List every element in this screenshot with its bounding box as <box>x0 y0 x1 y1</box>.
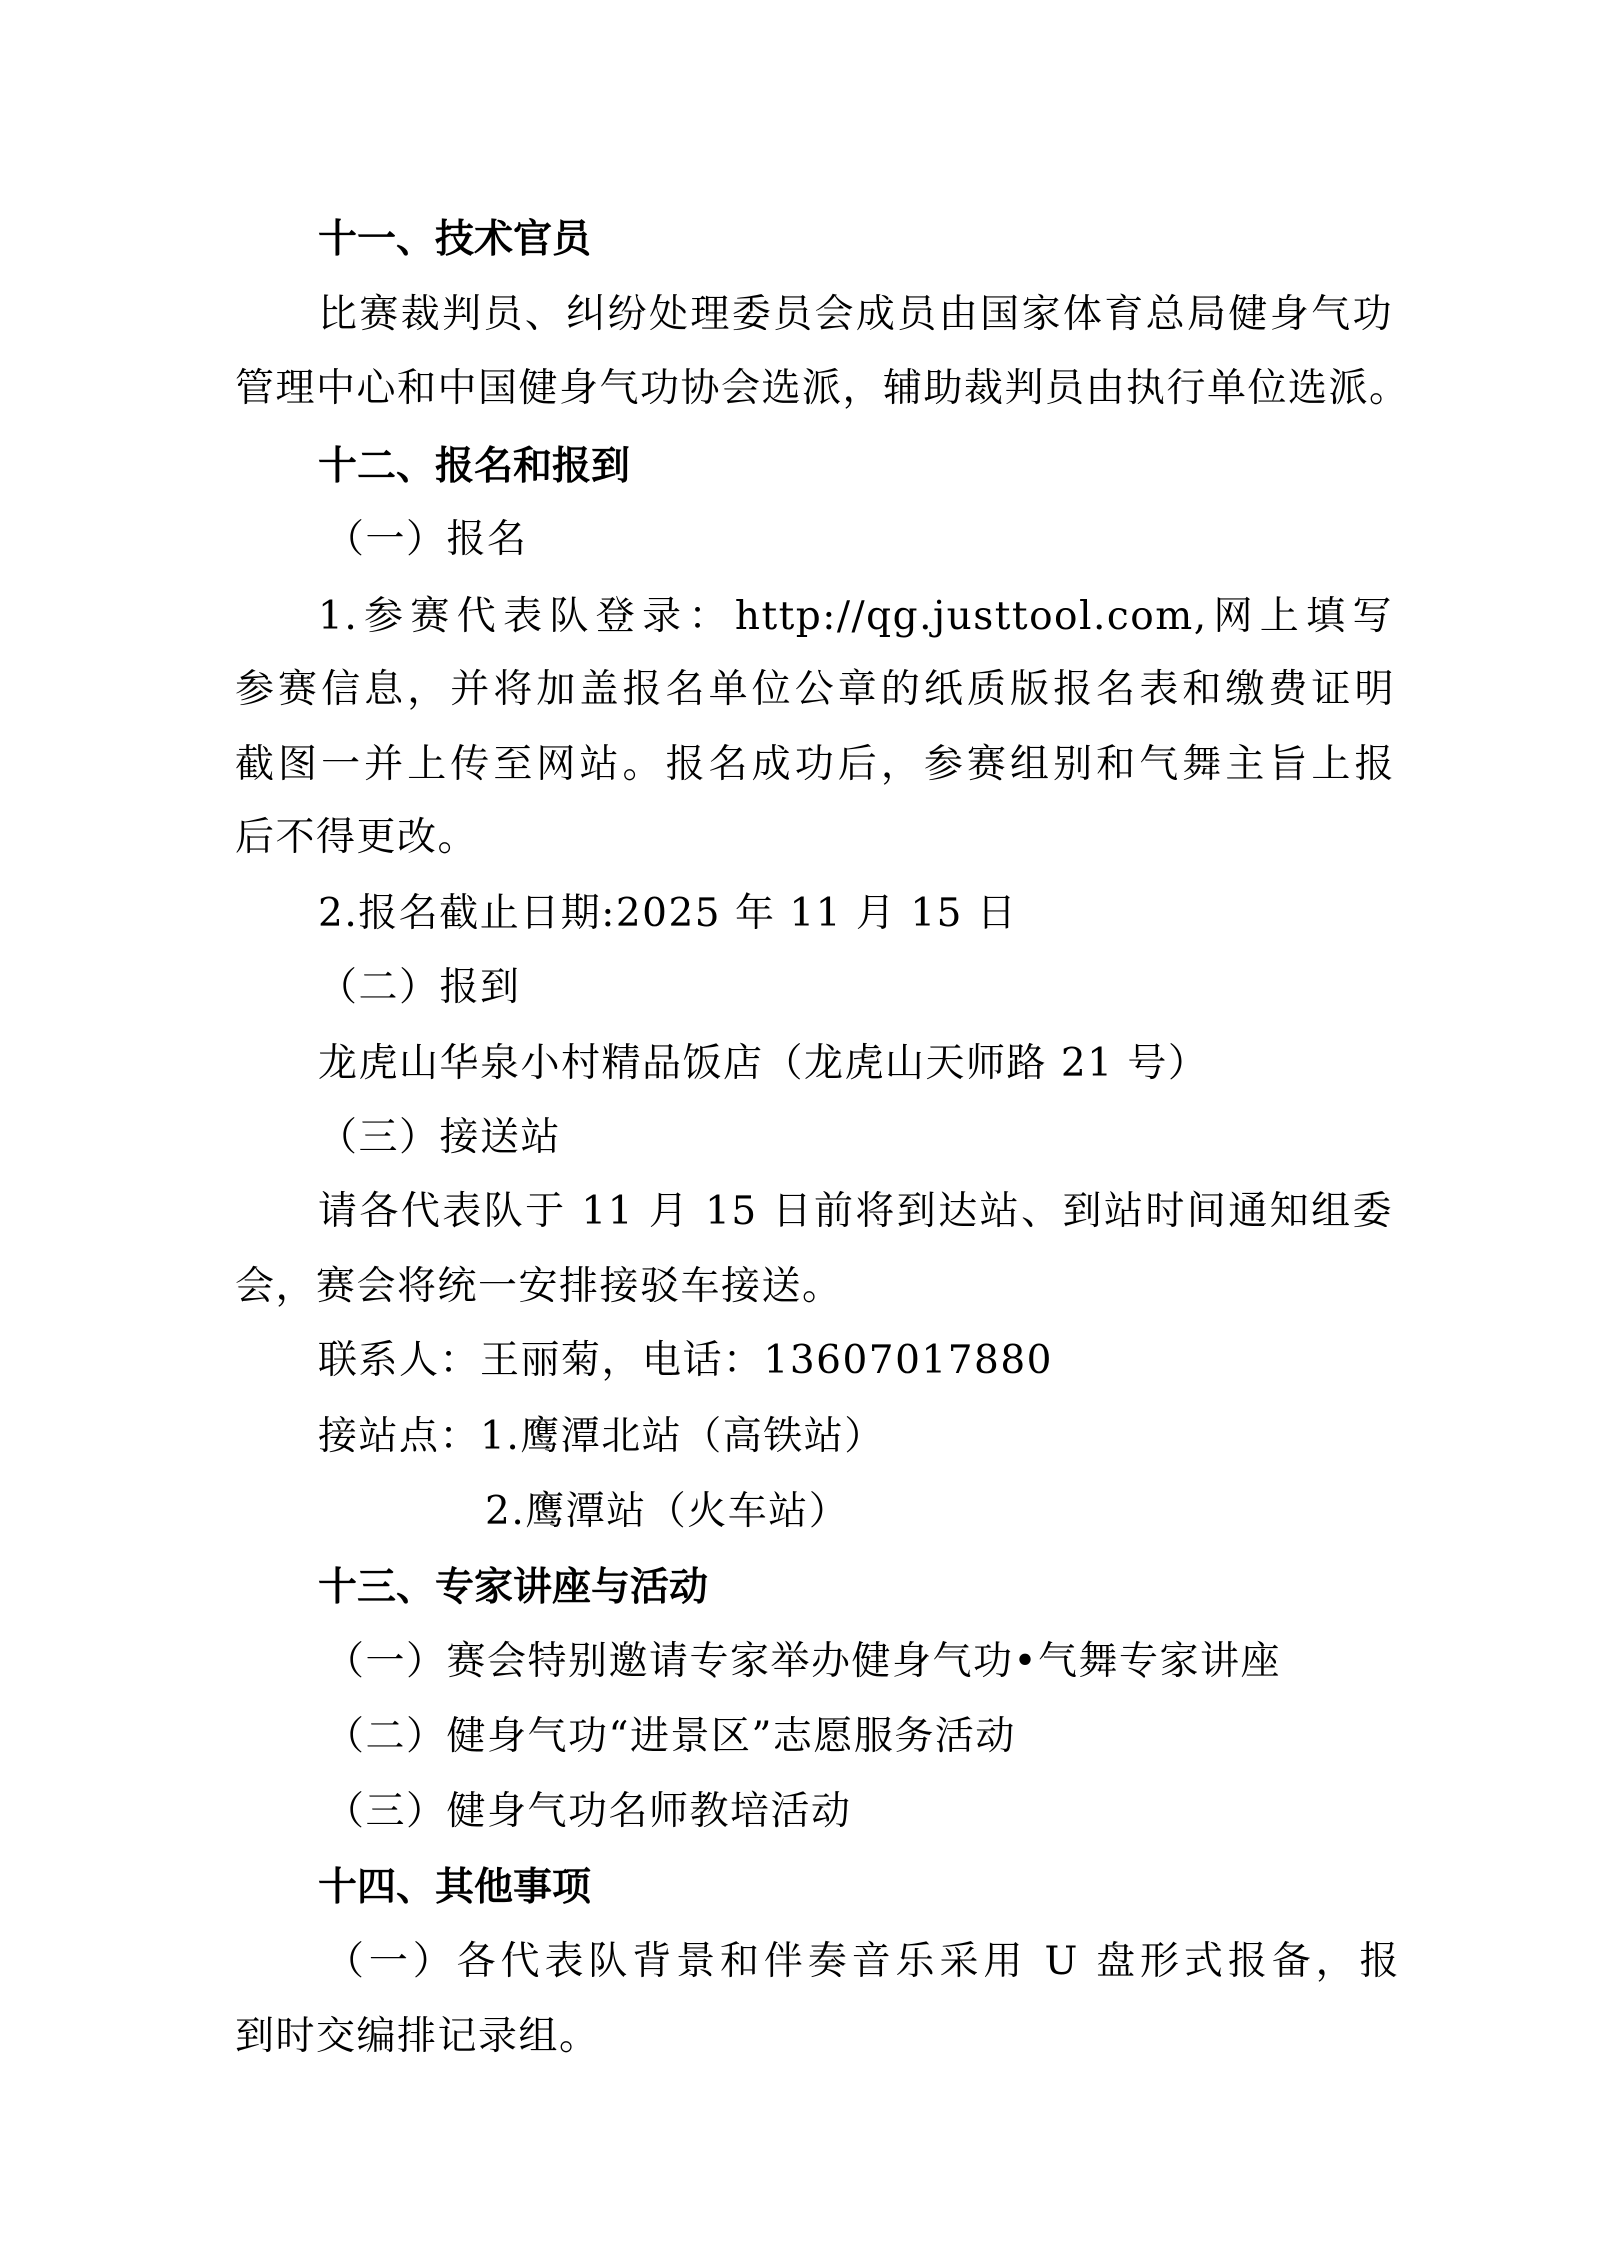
section-heading-14: 十四、其他事项 <box>318 1862 591 1914</box>
paragraph-line: 到时交编排记录组。 <box>235 2011 600 2063</box>
paragraph-line: 比赛裁判员、纠纷处理委员会成员由国家体育总局健身气功 <box>318 289 1393 341</box>
subsection-title-registration: （一）报名 <box>325 514 528 566</box>
activity-item: （三）健身气功名师教培活动 <box>325 1786 852 1838</box>
contact-line: 联系人：王丽菊，电话：13607017880 <box>318 1335 1053 1387</box>
subsection-title-transfer: （三）接送站 <box>318 1112 561 1164</box>
paragraph-line: 会，赛会将统一安排接驳车接送。 <box>235 1261 843 1313</box>
registration-url-line: 1.参赛代表队登录：http://qg.justtool.com,网上填写 <box>318 591 1393 643</box>
paragraph-line: 截图一并上传至网站。报名成功后，参赛组别和气舞主旨上报 <box>235 739 1395 791</box>
paragraph-line: 管理中心和中国健身气功协会选派，辅助裁判员由执行单位选派。 <box>235 363 1395 415</box>
check-in-address: 龙虎山华泉小村精品饭店（龙虎山天师路 21 号） <box>318 1038 1208 1090</box>
activity-item: （一）赛会特别邀请专家举办健身气功•气舞专家讲座 <box>325 1636 1281 1688</box>
section-heading-12: 十二、报名和报到 <box>318 441 630 493</box>
paragraph-line: 后不得更改。 <box>235 812 478 864</box>
paragraph-line: 参赛信息，并将加盖报名单位公章的纸质版报名表和缴费证明 <box>235 664 1395 716</box>
document-page: 十一、技术官员 比赛裁判员、纠纷处理委员会成员由国家体育总局健身气功 管理中心和… <box>0 0 1608 2258</box>
paragraph-line: 请各代表队于 11 月 15 日前将到达站、到站时间通知组委 <box>318 1186 1393 1238</box>
deadline-line: 2.报名截止日期:2025 年 11 月 15 日 <box>318 888 1017 940</box>
pickup-station-1: 接站点：1.鹰潭北站（高铁站） <box>318 1411 885 1463</box>
section-heading-13: 十三、专家讲座与活动 <box>318 1562 708 1614</box>
section-heading-11: 十一、技术官员 <box>318 214 591 266</box>
pickup-station-2: 2.鹰潭站（火车站） <box>485 1486 849 1538</box>
subsection-title-check-in: （二）报到 <box>318 962 521 1014</box>
paragraph-line: （一）各代表队背景和伴奏音乐采用 U 盘形式报备，报 <box>325 1936 1400 1988</box>
activity-item: （二）健身气功“进景区”志愿服务活动 <box>325 1711 1016 1763</box>
